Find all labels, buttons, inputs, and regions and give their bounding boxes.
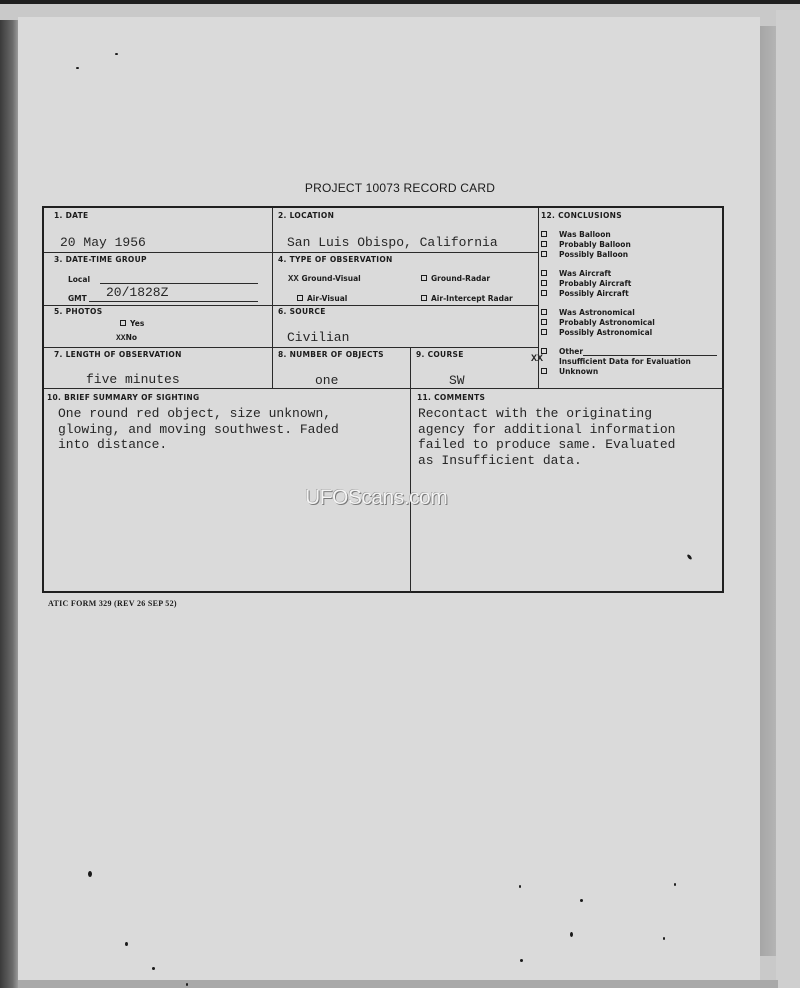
checkbox-icon [541,270,547,276]
option-ground-radar: Ground-Radar [421,274,490,283]
conclusion-was-balloon: Was Balloon [541,230,726,240]
x-mark-icon: XX [531,355,543,365]
date-value: 20 May 1956 [60,235,146,250]
grid-divider [44,305,538,306]
checkbox-icon [297,295,303,301]
option-air-visual: Air-Visual [297,294,347,303]
comments-label: 11. COMMENTS [417,393,485,402]
source-label: 6. SOURCE [278,307,326,316]
conclusion-possibly-astronomical: Possibly Astronomical [541,328,726,338]
dust-speck [580,899,583,902]
grid-divider [410,347,411,593]
local-time-field [100,283,258,284]
dust-speck [115,53,118,55]
option-ground-visual: XX Ground-Visual [288,274,361,284]
photos-option-no: XXNo [116,333,137,343]
checkbox-icon [541,319,547,325]
conclusion-was-astronomical: Was Astronomical [541,308,726,318]
conclusion-was-aircraft: Was Aircraft [541,269,726,279]
other-field-line [583,355,717,356]
gmt-value: 20/1828Z [106,285,168,300]
gmt-label: GMT [68,294,87,303]
conclusions-label: 12. CONCLUSIONS [541,211,622,220]
number-of-objects-label: 8. NUMBER OF OBJECTS [278,350,384,359]
checkbox-icon [541,309,547,315]
date-label: 1. DATE [54,211,88,220]
dust-speck [152,967,155,970]
comments-text: Recontact with the originatingagency for… [418,406,724,468]
checkbox-icon [541,368,547,374]
card-title: PROJECT 10073 RECORD CARD [0,181,800,195]
x-mark-icon: XX [288,274,299,284]
x-mark-icon: XX [116,334,126,343]
conclusion-probably-aircraft: Probably Aircraft [541,279,726,289]
photos-option-yes: Yes [120,319,144,328]
conclusion-unknown: Unknown [541,367,726,377]
checkbox-icon [541,280,547,286]
conclusion-possibly-balloon: Possibly Balloon [541,250,726,260]
record-card-form: 1. DATE 20 May 1956 2. LOCATION San Luis… [42,206,724,593]
summary-label: 10. BRIEF SUMMARY OF SIGHTING [47,393,199,402]
dust-speck [125,942,128,946]
gmt-field-line [89,301,258,302]
grid-divider [44,252,538,253]
dust-speck [663,937,665,940]
dust-speck [570,932,573,937]
checkbox-icon [541,251,547,257]
course-value: SW [449,373,465,388]
conclusion-probably-astronomical: Probably Astronomical [541,318,726,328]
conclusion-insufficient-data: XXInsufficient Data for Evaluation [541,357,726,367]
watermark: UFOScans.com [305,486,447,510]
paper-right-shadow [758,26,776,956]
grid-divider [44,347,538,348]
source-value: Civilian [287,330,349,345]
observation-type-label: 4. TYPE OF OBSERVATION [278,255,393,264]
option-air-intercept-radar: Air-Intercept Radar [421,294,513,303]
photos-label: 5. PHOTOS [54,307,102,316]
location-value: San Luis Obispo, California [287,235,498,250]
dust-speck [76,67,79,69]
checkbox-icon [541,231,547,237]
conclusion-other: Other [541,347,726,357]
length-label: 7. LENGTH OF OBSERVATION [54,350,182,359]
conclusion-possibly-aircraft: Possibly Aircraft [541,289,726,299]
grid-divider [272,208,273,388]
course-label: 9. COURSE [416,350,464,359]
paper-bottom-shadow [18,980,778,988]
checkbox-icon [541,329,547,335]
checkbox-icon [421,295,427,301]
conclusions-list: Was Balloon Probably Balloon Possibly Ba… [541,230,726,377]
dust-speck [519,885,521,888]
summary-text: One round red object, size unknown,glowi… [58,406,339,453]
local-time-label: Local [68,275,90,284]
checkbox-icon [541,241,547,247]
conclusion-probably-balloon: Probably Balloon [541,240,726,250]
checkbox-icon [421,275,427,281]
scan-right-margin [776,10,800,988]
form-number: ATIC FORM 329 (REV 26 SEP 52) [48,599,177,608]
dust-speck [520,959,523,962]
dust-speck [674,883,676,886]
checkbox-icon [541,290,547,296]
number-of-objects-value: one [315,373,338,388]
checkbox-icon [120,320,126,326]
location-label: 2. LOCATION [278,211,334,220]
date-time-group-label: 3. DATE-TIME GROUP [54,255,147,264]
length-value: five minutes [86,372,180,387]
dust-speck [186,983,188,986]
dust-speck [88,871,92,877]
scan-left-edge [0,20,18,988]
grid-divider [44,388,724,389]
